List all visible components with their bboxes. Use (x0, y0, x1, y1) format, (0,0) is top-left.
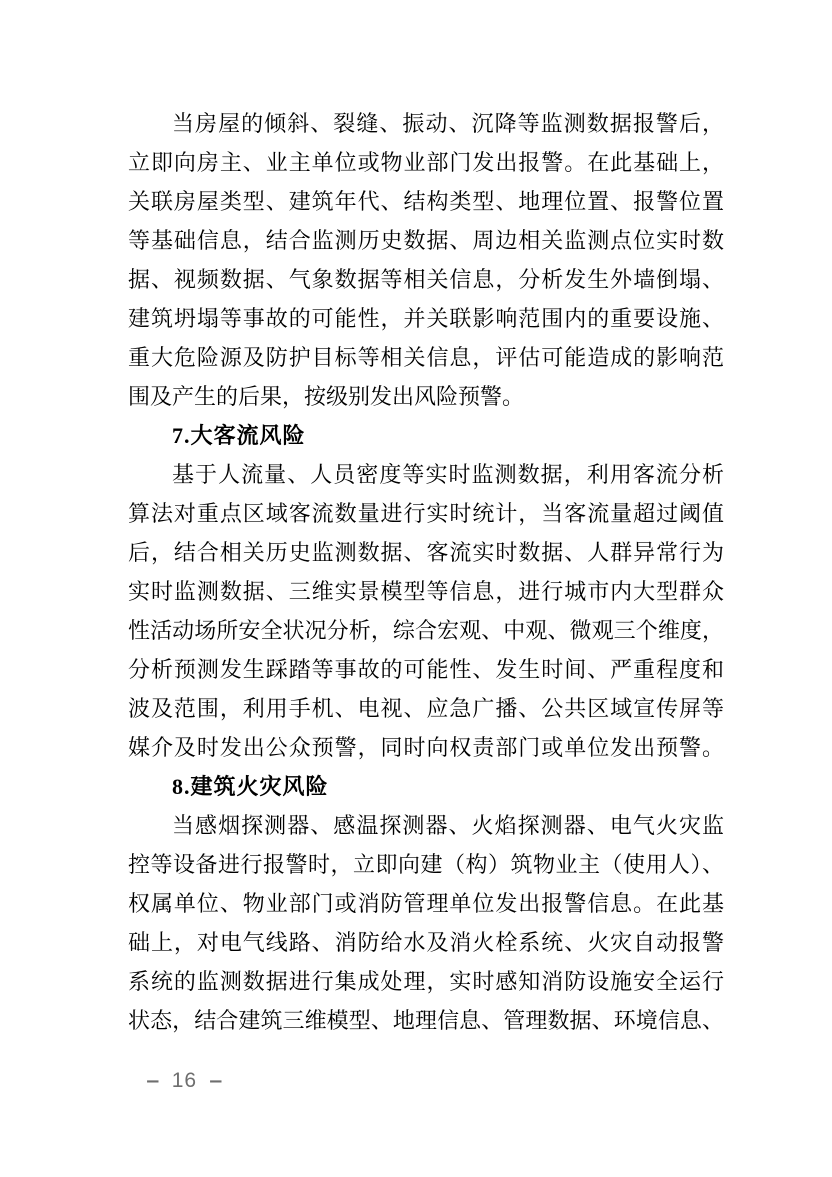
text-line: 实时监测数据、三维实景模型等信息，进行城市内大型群众 (128, 572, 724, 611)
text-line: 据、视频数据、气象数据等相关信息，分析发生外墙倒塌、 (128, 260, 724, 299)
text-line: 控等设备进行报警时，立即向建（构）筑物业主（使用人）、 (128, 845, 724, 884)
text-line: 等基础信息，结合监测历史数据、周边相关监测点位实时数 (128, 221, 724, 260)
text-line: 权属单位、物业部门或消防管理单位发出报警信息。在此基 (128, 884, 724, 923)
text-line: 围及产生的后果，按级别发出风险预警。 (128, 377, 724, 416)
text-line: 算法对重点区域客流数量进行实时统计，当客流量超过阈值 (128, 494, 724, 533)
document-page: 当房屋的倾斜、裂缝、振动、沉降等监测数据报警后，立即向房主、业主单位或物业部门发… (0, 0, 832, 1177)
text-line: 当房屋的倾斜、裂缝、振动、沉降等监测数据报警后， (128, 104, 724, 143)
text-line: 媒介及时发出公众预警，同时向权责部门或单位发出预警。 (128, 728, 724, 767)
text-line: 波及范围，利用手机、电视、应急广播、公共区域宣传屏等 (128, 689, 724, 728)
text-line: 分析预测发生踩踏等事故的可能性、发生时间、严重程度和 (128, 650, 724, 689)
page-number: 16 (172, 1069, 197, 1093)
text-line: 当感烟探测器、感温探测器、火焰探测器、电气火灾监 (128, 806, 724, 845)
page-footer: – 16 – (147, 1069, 222, 1093)
paragraph: 基于人流量、人员密度等实时监测数据，利用客流分析算法对重点区域客流数量进行实时统… (128, 455, 724, 767)
text-line: 建筑坍塌等事故的可能性，并关联影响范围内的重要设施、 (128, 299, 724, 338)
text-line: 础上，对电气线路、消防给水及消火栓系统、火灾自动报警 (128, 923, 724, 962)
text-line: 后，结合相关历史监测数据、客流实时数据、人群异常行为 (128, 533, 724, 572)
paragraph: 当房屋的倾斜、裂缝、振动、沉降等监测数据报警后，立即向房主、业主单位或物业部门发… (128, 104, 724, 416)
text-line: 性活动场所安全状况分析，综合宏观、中观、微观三个维度， (128, 611, 724, 650)
document-body: 当房屋的倾斜、裂缝、振动、沉降等监测数据报警后，立即向房主、业主单位或物业部门发… (128, 104, 724, 1040)
text-line: 状态，结合建筑三维模型、地理信息、管理数据、环境信息、 (128, 1001, 724, 1040)
paragraph: 当感烟探测器、感温探测器、火焰探测器、电气火灾监控等设备进行报警时，立即向建（构… (128, 806, 724, 1040)
section-heading: 7.大客流风险 (128, 416, 724, 455)
text-line: 立即向房主、业主单位或物业部门发出报警。在此基础上， (128, 143, 724, 182)
text-line: 关联房屋类型、建筑年代、结构类型、地理位置、报警位置 (128, 182, 724, 221)
text-line: 系统的监测数据进行集成处理，实时感知消防设施安全运行 (128, 962, 724, 1001)
text-line: 重大危险源及防护目标等相关信息，评估可能造成的影响范 (128, 338, 724, 377)
footer-dash-left: – (146, 1069, 159, 1093)
section-heading: 8.建筑火灾风险 (128, 767, 724, 806)
text-line: 基于人流量、人员密度等实时监测数据，利用客流分析 (128, 455, 724, 494)
footer-dash-right: – (209, 1069, 222, 1093)
